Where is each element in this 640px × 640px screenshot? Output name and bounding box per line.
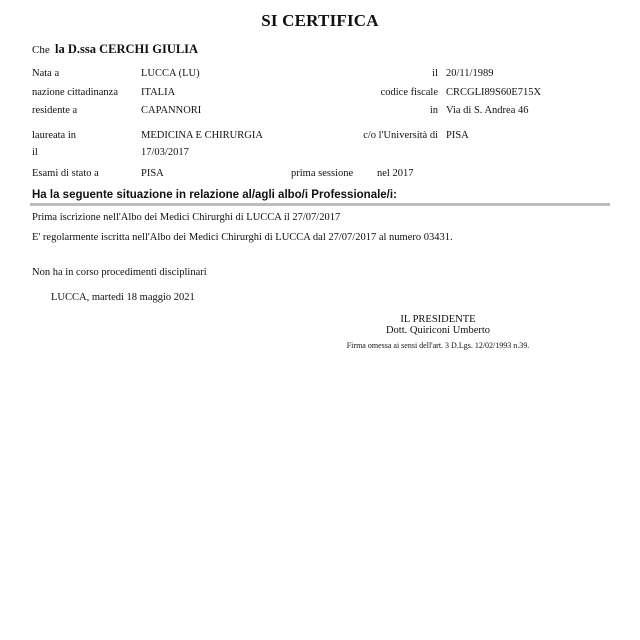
first-registration-line: Prima iscrizione nell'Albo dei Medici Ch… <box>32 212 340 223</box>
section-divider <box>30 203 610 206</box>
albo-section-heading: Ha la seguente situazione in relazione a… <box>32 189 397 201</box>
subject-name: la D.ssa CERCHI GIULIA <box>55 42 198 57</box>
birthplace-value: LUCCA (LU) <box>141 68 200 79</box>
session-label: prima sessione <box>291 168 353 179</box>
state-exam-value: PISA <box>141 168 164 179</box>
signature-name: Dott. Quiriconi Umberto <box>338 325 538 336</box>
state-exam-label: Esami di stato a <box>32 168 99 179</box>
degree-label: laureata in <box>32 130 76 141</box>
address-label: in <box>380 105 438 116</box>
current-registration-line: E' regolarmente iscritta nell'Albo dei M… <box>32 232 453 243</box>
session-value: nel 2017 <box>377 168 413 179</box>
signature-note: Firma omessa ai sensi dell'art. 3 D.Lgs.… <box>318 341 558 350</box>
subject-prefix: Che <box>32 44 50 56</box>
place-date: LUCCA, martedi 18 maggio 2021 <box>51 292 195 303</box>
university-label: c/o l'Università di <box>330 130 438 141</box>
tax-code-value: CRCGLI89S60E715X <box>446 87 541 98</box>
signature-role: IL PRESIDENTE <box>338 314 538 325</box>
citizenship-label: nazione cittadinanza <box>32 87 118 98</box>
birthplace-label: Nata a <box>32 68 59 79</box>
address-value: Via di S. Andrea 46 <box>446 105 528 116</box>
disciplinary-status: Non ha in corso procedimenti disciplinar… <box>32 267 207 278</box>
residence-label: residente a <box>32 105 77 116</box>
degree-value: MEDICINA E CHIRURGIA <box>141 130 263 141</box>
degree-date-label: il <box>32 147 38 158</box>
university-value: PISA <box>446 130 469 141</box>
degree-date-value: 17/03/2017 <box>141 147 189 158</box>
document-title: SI CERTIFICA <box>0 11 640 31</box>
residence-value: CAPANNORI <box>141 105 201 116</box>
birthdate-label: il <box>380 68 438 79</box>
citizenship-value: ITALIA <box>141 87 175 98</box>
tax-code-label: codice fiscale <box>340 87 438 98</box>
birthdate-value: 20/11/1989 <box>446 68 493 79</box>
